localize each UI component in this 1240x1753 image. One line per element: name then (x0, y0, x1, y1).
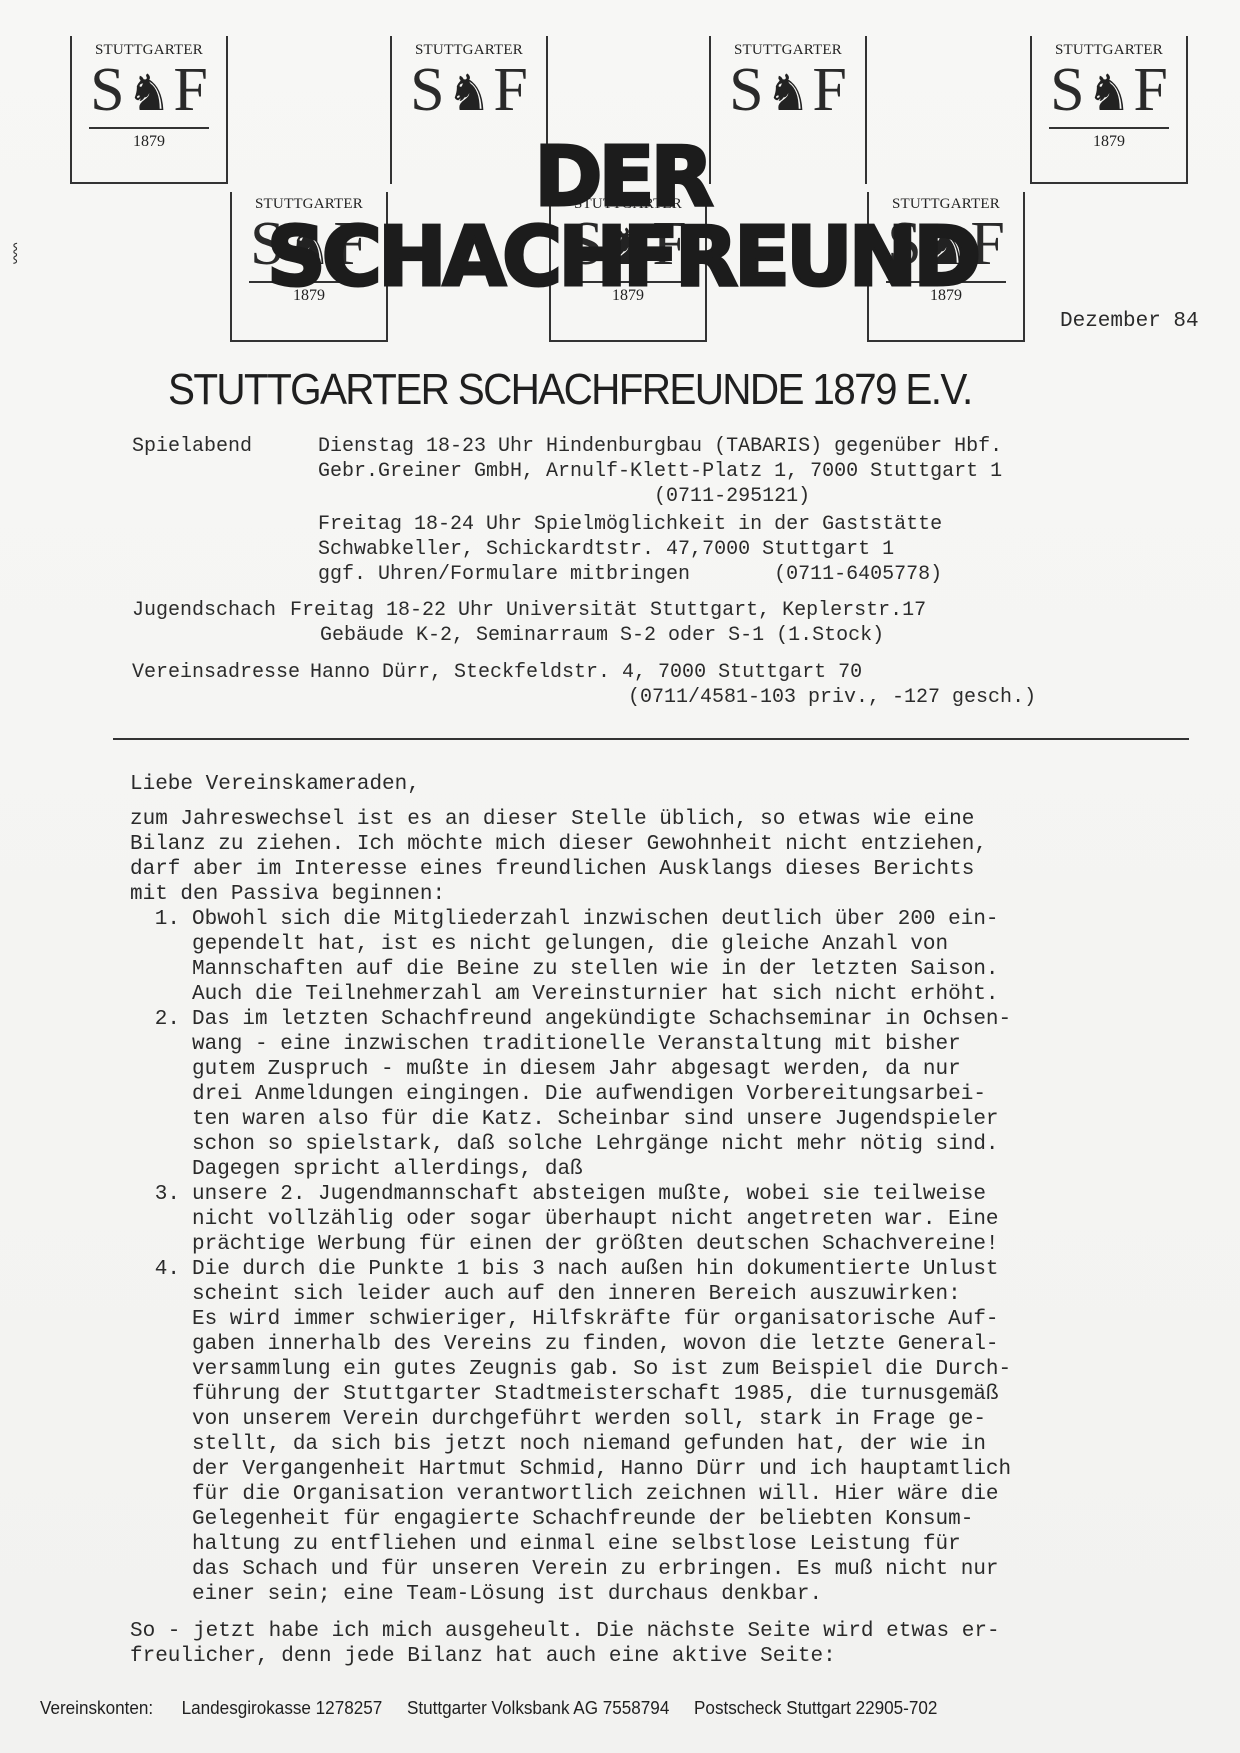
club-logo: STUTTGARTER S ♞ F 1879 (70, 36, 228, 184)
logo-year: 1879 (1032, 133, 1186, 151)
knight-icon: ♞ (1087, 65, 1132, 121)
vereinsadresse-line: Hanno Dürr, Steckfeldstr. 4, 7000 Stuttg… (310, 660, 862, 685)
knight-icon: ♞ (766, 65, 811, 121)
account-volksbank: Stuttgarter Volksbank AG 7558794 (407, 1698, 669, 1719)
logo-rule (1049, 127, 1169, 129)
list-item-text: Das im letzten Schachfreund angekündigte… (192, 1007, 1011, 1182)
logo-monogram: S ♞ F (711, 59, 865, 121)
list-item-number: 1. (90, 907, 192, 1007)
logo-monogram: S ♞ F (392, 59, 546, 121)
spielabend-line: Schwabkeller, Schickardtstr. 47,7000 Stu… (318, 537, 894, 562)
list-item-text: unsere 2. Jugendmannschaft absteigen muß… (192, 1182, 999, 1257)
list-item: 3. unsere 2. Jugendmannschaft absteigen … (90, 1182, 1220, 1257)
list-item: 4. Die durch die Punkte 1 bis 3 nach auß… (90, 1257, 1220, 1607)
spielabend-line: Freitag 18-24 Uhr Spielmöglichkeit in de… (318, 512, 942, 537)
vereinsadresse-label: Vereinsadresse (132, 660, 300, 685)
spielabend-line: ggf. Uhren/Formulare mitbringen (0711-64… (318, 562, 942, 587)
newsletter-page: STUTTGARTER S ♞ F 1879 STUTTGARTER S ♞ F… (0, 0, 1240, 1753)
salutation: Liebe Vereinskameraden, (130, 772, 1220, 797)
list-item: 1. Obwohl sich die Mitgliederzahl inzwis… (90, 907, 1220, 1007)
spielabend-line: Gebr.Greiner GmbH, Arnulf-Klett-Platz 1,… (318, 459, 1002, 484)
spielabend-line: Dienstag 18-23 Uhr Hindenburgbau (TABARI… (318, 434, 1002, 459)
jugendschach-line: Gebäude K-2, Seminarraum S-2 oder S-1 (1… (320, 623, 884, 648)
letter-body: Liebe Vereinskameraden, zum Jahreswechse… (130, 772, 1220, 1669)
spielabend-label: Spielabend (132, 434, 252, 459)
punch-mark: ⸾ (12, 240, 18, 264)
list-item: 2. Das im letzten Schachfreund angekündi… (90, 1007, 1220, 1182)
logo-rule (89, 127, 209, 129)
account-landesgirokasse: Landesgirokasse 1278257 (182, 1698, 383, 1719)
letter-intro: zum Jahreswechsel ist es an dieser Stell… (130, 807, 1220, 907)
list-item-text: Obwohl sich die Mitgliederzahl inzwische… (192, 907, 999, 1007)
list-item-number: 2. (90, 1007, 192, 1182)
masthead-title: DER SCHACHFREUND (232, 138, 1012, 218)
knight-icon: ♞ (447, 65, 492, 121)
section-divider (113, 738, 1189, 740)
jugendschach-line: Freitag 18-22 Uhr Universität Stuttgart,… (290, 598, 926, 623)
account-postscheck: Postscheck Stuttgart 22905-702 (694, 1698, 937, 1719)
list-item-text: Die durch die Punkte 1 bis 3 nach außen … (192, 1257, 1011, 1607)
jugendschach-label: Jugendschach (132, 598, 276, 623)
vereinsadresse-phone: (0711/4581-103 priv., -127 gesch.) (628, 685, 1036, 710)
logo-monogram: S ♞ F (1032, 59, 1186, 121)
letter-closing: So - jetzt habe ich mich ausgeheult. Die… (130, 1619, 1220, 1669)
knight-icon: ♞ (127, 65, 172, 121)
club-title: STUTTGARTER SCHACHFREUNDE 1879 E.V. (168, 365, 1014, 415)
accounts-label: Vereinskonten: (40, 1698, 153, 1719)
spielabend-phone: (0711-295121) (318, 484, 810, 509)
bank-accounts: Vereinskonten: Landesgirokasse 1278257 S… (40, 1698, 1161, 1719)
list-item-number: 4. (90, 1257, 192, 1607)
list-item-number: 3. (90, 1182, 192, 1257)
logo-monogram: S ♞ F (72, 59, 226, 121)
logo-year: 1879 (72, 133, 226, 151)
issue-date: Dezember 84 (1060, 310, 1199, 333)
club-logo: STUTTGARTER S ♞ F 1879 (1030, 36, 1188, 184)
